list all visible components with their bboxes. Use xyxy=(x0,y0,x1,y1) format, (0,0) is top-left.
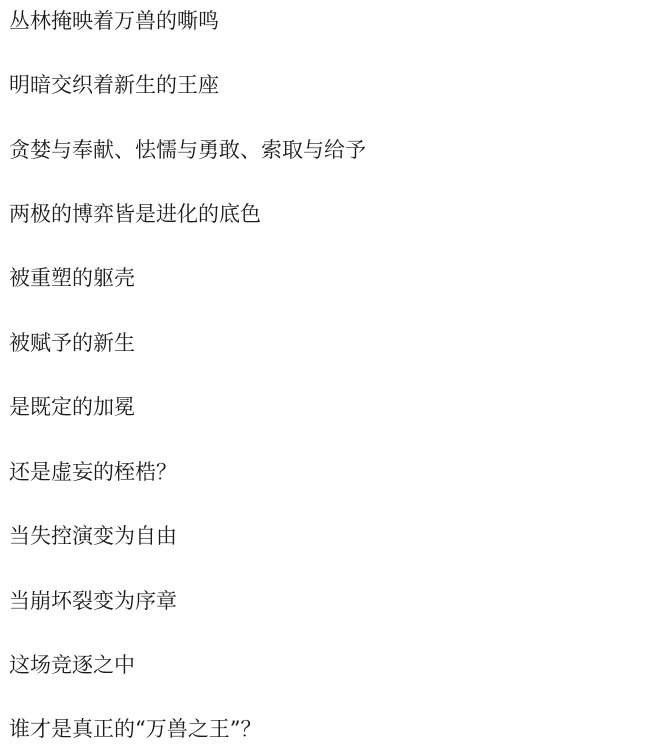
poem-line-9: 当失控演变为自由 xyxy=(9,521,177,551)
poem-line-11: 这场竞逐之中 xyxy=(9,650,135,680)
poem-line-8: 还是虚妄的桎梏？ xyxy=(9,457,177,487)
poem-line-5: 被重塑的躯壳 xyxy=(9,263,135,293)
poem-line-2: 明暗交织着新生的王座 xyxy=(9,70,219,100)
poem-line-1: 丛林掩映着万兽的嘶鸣 xyxy=(9,6,219,36)
poem-line-4: 两极的博弈皆是进化的底色 xyxy=(9,199,261,229)
poem-line-7: 是既定的加冕 xyxy=(9,392,135,422)
poem-line-10: 当崩坏裂变为序章 xyxy=(9,586,177,616)
poem-line-3: 贪婪与奉献、怯懦与勇敢、索取与给予 xyxy=(9,135,366,165)
poem-line-6: 被赋予的新生 xyxy=(9,328,135,358)
poem-line-12: 谁才是真正的“万兽之王”？ xyxy=(9,714,261,744)
